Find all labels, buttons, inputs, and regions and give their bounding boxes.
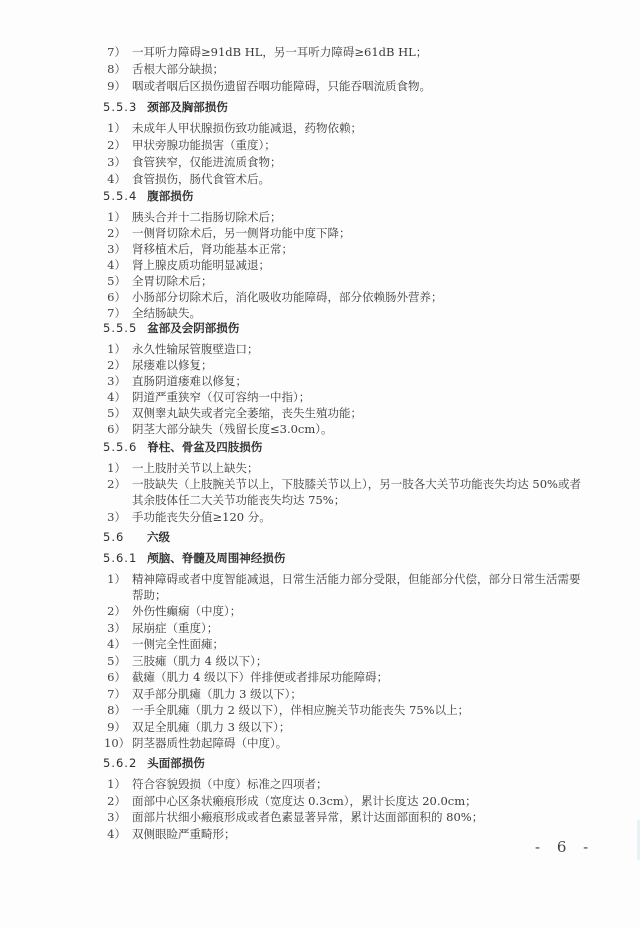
list-item-text: 一肢缺失（上肢腕关节以上，下肢膝关节以上），另一肢各大关节功能丧失均达 50%或… — [132, 477, 581, 491]
list-item-number: 8） — [104, 61, 126, 77]
list-item-number: 3） — [104, 241, 126, 257]
list-item-number: 2） — [104, 357, 126, 373]
list-item: 7）双手部分肌瘫（肌力 3 级以下）； — [104, 686, 302, 702]
list-item-text: 手功能丧失分值≥120 分。 — [132, 510, 271, 524]
list-item-number: 10） — [104, 735, 126, 751]
list-item-text: 双足全肌瘫（肌力 3 级以下）； — [132, 720, 290, 734]
list-item-number: 5） — [104, 273, 126, 289]
list-item-number: 2） — [104, 137, 126, 153]
list-item-number: 7） — [104, 686, 126, 702]
list-item: 3）肾移植术后，肾功能基本正常； — [104, 241, 293, 257]
list-item-text: 阴茎器质性勃起障碍（中度）。 — [132, 736, 287, 750]
list-item-number: 2） — [104, 225, 126, 241]
list-item: 1）符合容貌毁损（中度）标准之四项者； — [104, 776, 328, 792]
list-item: 7）一耳听力障碍≥91dB HL，另一耳听力障碍≥61dB HL； — [104, 44, 427, 60]
list-item-text: 阴茎大部分缺失（残留长度≤3.0cm）。 — [132, 422, 333, 436]
list-item-number: 2） — [104, 603, 126, 619]
list-item: 4）食管损伤，肠代食管术后。 — [104, 171, 270, 187]
list-item-text: 直肠阴道瘘难以修复； — [132, 374, 247, 388]
list-item: 8）舌根大部分缺损； — [104, 61, 224, 77]
list-item-text: 甲状旁腺功能损害（重度）； — [132, 138, 276, 152]
list-item: 4）阴道严重狭窄（仅可容纳一中指）； — [104, 389, 310, 405]
section-title: 六级 — [147, 530, 170, 544]
list-item: 2）尿瘘难以修复； — [104, 357, 213, 373]
list-item: 4）肾上腺皮质功能明显减退； — [104, 257, 270, 273]
list-item-number: 1） — [104, 120, 126, 136]
list-item-number: 7） — [104, 305, 126, 321]
list-item-text: 外伤性癫痫（中度）； — [132, 604, 241, 618]
list-item: 2）一肢缺失（上肢腕关节以上，下肢膝关节以上），另一肢各大关节功能丧失均达 50… — [104, 476, 581, 492]
section-number: 5.6.2 — [103, 755, 137, 771]
list-item-number: 1） — [104, 460, 126, 476]
list-item-number: 1） — [104, 341, 126, 357]
list-item: 2）面部中心区条状瘢痕形成（宽度达 0.3cm），累计长度达 20.0cm； — [104, 793, 477, 809]
section-number: 5.5.6 — [103, 439, 137, 455]
list-item: 9）咽或者咽后区损伤遗留吞咽功能障碍，只能吞咽流质食物。 — [104, 78, 431, 94]
list-item-number: 1） — [104, 571, 126, 587]
list-item-number: 3） — [104, 620, 126, 636]
list-item-text: 食管狭窄，仅能进流质食物； — [132, 155, 282, 169]
list-item: 1）未成年人甲状腺损伤致功能减退，药物依赖； — [104, 120, 362, 136]
list-item: 10）阴茎器质性勃起障碍（中度）。 — [104, 735, 287, 751]
list-item-number: 1） — [104, 209, 126, 225]
list-item: 8）一手全肌瘫（肌力 2 级以下），伴相应腕关节功能丧失 75%以上； — [104, 702, 469, 718]
list-item-number: 1） — [104, 776, 126, 792]
list-item-text: 阴道严重狭窄（仅可容纳一中指）； — [132, 390, 310, 404]
list-item: 3）直肠阴道瘘难以修复； — [104, 373, 247, 389]
list-item: 1）永久性输尿管腹壁造口； — [104, 341, 259, 357]
section-title: 颈部及胸部损伤 — [147, 100, 228, 114]
list-item: 3）手功能丧失分值≥120 分。 — [104, 509, 271, 525]
list-item: 5）三肢瘫（肌力 4 级以下）； — [104, 653, 267, 669]
list-item-number: 7） — [104, 44, 126, 60]
section-number: 5.5.5 — [103, 320, 137, 336]
list-item: 1）精神障碍或者中度智能减退，日常生活能力部分受限，但能部分代偿，部分日常生活需… — [104, 571, 581, 587]
list-item-text: 双手部分肌瘫（肌力 3 级以下）； — [132, 687, 302, 701]
section-title: 脊柱、骨盆及四肢损伤 — [147, 440, 262, 454]
list-item-continuation: 其余肢体任二大关节功能丧失均达 75%； — [132, 492, 345, 508]
list-item-number: 3） — [104, 373, 126, 389]
section-heading: 5.6.1颅脑、脊髓及周围神经损伤 — [103, 550, 285, 566]
section-number: 5.6 — [103, 529, 137, 545]
list-item: 3）尿崩症（重度）； — [104, 620, 218, 636]
section-title: 头面部损伤 — [147, 756, 205, 770]
list-item-text: 肾移植术后，肾功能基本正常； — [132, 242, 293, 256]
list-item-text: 面部中心区条状瘢痕形成（宽度达 0.3cm），累计长度达 20.0cm； — [132, 794, 477, 808]
section-number: 5.6.1 — [103, 550, 137, 566]
list-item-number: 2） — [104, 793, 126, 809]
list-item: 4）一侧完全性面瘫； — [104, 636, 224, 652]
list-item-text: 一侧肾切除术后，另一侧肾功能中度下降； — [132, 226, 351, 240]
list-item-text: 食管损伤，肠代食管术后。 — [132, 172, 270, 186]
list-item-number: 4） — [104, 389, 126, 405]
section-title: 盆部及会阴部损伤 — [147, 321, 239, 335]
list-item-number: 4） — [104, 257, 126, 273]
list-item: 6）小肠部分切除术后，消化吸收功能障碍，部分依赖肠外营养； — [104, 289, 443, 305]
list-item: 2）一侧肾切除术后，另一侧肾功能中度下降； — [104, 225, 351, 241]
list-item: 6）阴茎大部分缺失（残留长度≤3.0cm）。 — [104, 421, 333, 437]
list-item: 3）食管狭窄，仅能进流质食物； — [104, 154, 282, 170]
list-item-text: 胰头合并十二指肠切除术后； — [132, 210, 282, 224]
list-item-text: 肾上腺皮质功能明显减退； — [132, 258, 270, 272]
list-item-text: 咽或者咽后区损伤遗留吞咽功能障碍，只能吞咽流质食物。 — [132, 79, 431, 93]
list-item-number: 2） — [104, 476, 126, 492]
list-item-continuation: 帮助； — [132, 587, 167, 603]
list-item-text: 永久性输尿管腹壁造口； — [132, 342, 259, 356]
list-item-text: 一手全肌瘫（肌力 2 级以下），伴相应腕关节功能丧失 75%以上； — [132, 703, 469, 717]
list-item-text: 一侧完全性面瘫； — [132, 637, 224, 651]
list-item-number: 3） — [104, 154, 126, 170]
list-item-text: 精神障碍或者中度智能减退，日常生活能力部分受限，但能部分代偿，部分日常生活需要 — [132, 572, 581, 586]
section-heading: 5.6.2头面部损伤 — [103, 755, 205, 771]
list-item-text: 未成年人甲状腺损伤致功能减退，药物依赖； — [132, 121, 362, 135]
list-item-text: 双侧睾丸缺失或者完全萎缩，丧失生殖功能； — [132, 406, 362, 420]
list-item-text: 三肢瘫（肌力 4 级以下）； — [132, 654, 267, 668]
list-item: 2）甲状旁腺功能损害（重度）； — [104, 137, 276, 153]
list-item: 5）全胃切除术后； — [104, 273, 213, 289]
page-number: - 6 - — [535, 838, 594, 856]
list-item: 4）双侧眼睑严重畸形； — [104, 826, 236, 842]
list-item-number: 6） — [104, 669, 126, 685]
list-item: 7）全结肠缺失。 — [104, 305, 201, 321]
section-heading: 5.5.4腹部损伤 — [103, 188, 193, 204]
list-item-text: 小肠部分切除术后，消化吸收功能障碍，部分依赖肠外营养； — [132, 290, 443, 304]
list-item: 9）双足全肌瘫（肌力 3 级以下）； — [104, 719, 290, 735]
list-item-text: 全结肠缺失。 — [132, 306, 201, 320]
list-item-number: 4） — [104, 636, 126, 652]
list-item-number: 9） — [104, 78, 126, 94]
section-number: 5.5.3 — [103, 99, 137, 115]
list-item-number: 4） — [104, 171, 126, 187]
list-item: 1）一上肢肘关节以上缺失； — [104, 460, 259, 476]
list-item-number: 4） — [104, 826, 126, 842]
section-heading: 5.6六级 — [103, 529, 170, 545]
list-item-text: 一上肢肘关节以上缺失； — [132, 461, 259, 475]
document-page: 7）一耳听力障碍≥91dB HL，另一耳听力障碍≥61dB HL；8）舌根大部分… — [0, 0, 640, 928]
list-item-text: 一耳听力障碍≥91dB HL，另一耳听力障碍≥61dB HL； — [132, 45, 427, 59]
list-item-number: 6） — [104, 421, 126, 437]
list-item-text: 尿瘘难以修复； — [132, 358, 213, 372]
list-item-number: 8） — [104, 702, 126, 718]
list-item-number: 5） — [104, 653, 126, 669]
list-item-number: 3） — [104, 809, 126, 825]
section-number: 5.5.4 — [103, 188, 137, 204]
list-item-text: 双侧眼睑严重畸形； — [132, 827, 236, 841]
section-heading: 5.5.6脊柱、骨盆及四肢损伤 — [103, 439, 262, 455]
section-title: 腹部损伤 — [147, 189, 193, 203]
list-item-text: 符合容貌毁损（中度）标准之四项者； — [132, 777, 328, 791]
list-item-number: 6） — [104, 289, 126, 305]
list-item-number: 9） — [104, 719, 126, 735]
section-heading: 5.5.5盆部及会阴部损伤 — [103, 320, 239, 336]
list-item: 5）双侧睾丸缺失或者完全萎缩，丧失生殖功能； — [104, 405, 362, 421]
list-item-text: 全胃切除术后； — [132, 274, 213, 288]
list-item-number: 3） — [104, 509, 126, 525]
list-item: 3）面部片状细小瘢痕形成或者色素显著异常，累计达面部面积的 80%； — [104, 809, 483, 825]
list-item-number: 5） — [104, 405, 126, 421]
list-item: 2）外伤性癫痫（中度）； — [104, 603, 241, 619]
list-item: 6）截瘫（肌力 4 级以下）伴排便或者排尿功能障碍； — [104, 669, 388, 685]
section-heading: 5.5.3颈部及胸部损伤 — [103, 99, 228, 115]
list-item: 1）胰头合并十二指肠切除术后； — [104, 209, 282, 225]
section-title: 颅脑、脊髓及周围神经损伤 — [147, 551, 285, 565]
list-item-text: 截瘫（肌力 4 级以下）伴排便或者排尿功能障碍； — [132, 670, 388, 684]
list-item-text: 尿崩症（重度）； — [132, 621, 218, 635]
list-item-text: 舌根大部分缺损； — [132, 62, 224, 76]
list-item-text: 面部片状细小瘢痕形成或者色素显著异常，累计达面部面积的 80%； — [132, 810, 483, 824]
